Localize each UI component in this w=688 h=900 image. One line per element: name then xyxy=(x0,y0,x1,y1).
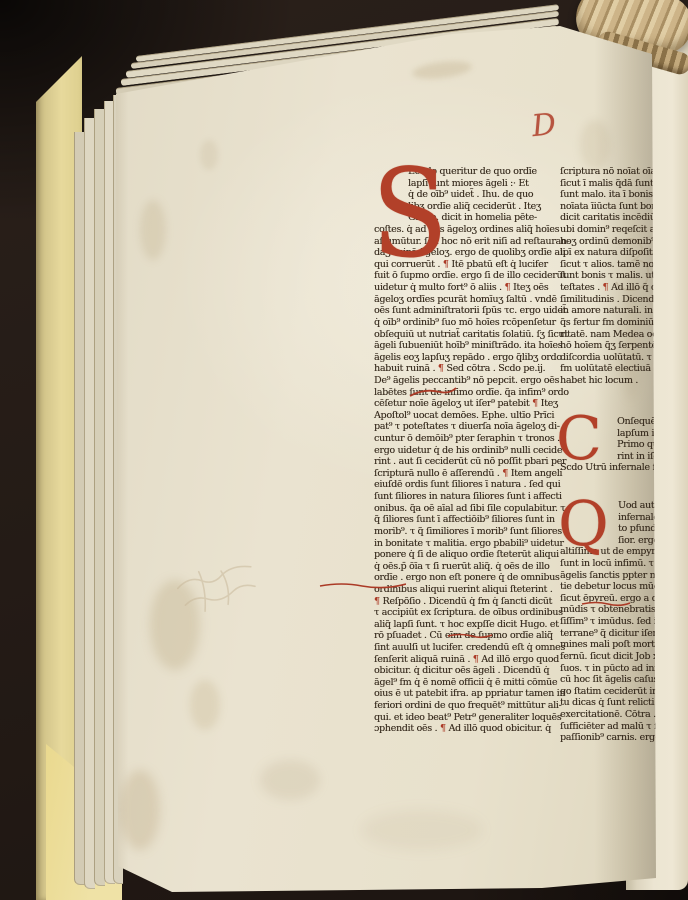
text-line: De⁹ āgelis peccantib⁹ nō pepcit. ergo oē… xyxy=(374,375,578,387)
pilcrow-rubric: ¶ xyxy=(473,654,479,665)
page-stain xyxy=(260,760,320,800)
text-line: cēſetur noīe āgeloʒ ut iſer⁹ patebit ¶ I… xyxy=(374,398,578,410)
page-stain xyxy=(362,810,482,850)
text-line: onibus. q̃a oē aīal ad ſibi ſīle copulab… xyxy=(374,503,578,515)
text-line: ɔphendit oēs . ¶ Ad illō quod obicitur. … xyxy=(374,723,578,735)
pilcrow-rubric: ¶ xyxy=(603,282,609,293)
drop-cap-S: S xyxy=(371,160,448,270)
text-line: āgel⁹ fm q̇ ē nomē officii q̇ ē mitti cō… xyxy=(374,677,578,689)
photo-background: D S Ecūdo quer xyxy=(0,0,688,900)
page-stain xyxy=(120,770,160,850)
text-line: cuntur ō demōib⁹ pter ſeraphin τ tronos … xyxy=(374,433,578,445)
quire-signature-mark: D xyxy=(530,107,558,144)
text-line: āgeloʒ ordīes pcurāt homīuʒ ſaltū . vndē xyxy=(374,294,578,306)
pilcrow-rubric: ¶ xyxy=(502,468,508,479)
text-line: ſcripturā nullo ē aſſerendū . ¶ Item ang… xyxy=(374,468,578,480)
text-line: τ accipiūt ex ſcriptura. de oībus ordini… xyxy=(374,607,578,619)
text-line: aliq̃ lapſi ſunt. τ hoc expſſe dicit Hug… xyxy=(374,619,578,631)
page-stain xyxy=(190,680,220,730)
text-line: q̇ oīb⁹ ordinib⁹ ſuo mō hoīes rcōpenſetu… xyxy=(374,317,578,329)
text-line: Apoſtol⁹ uocat demōes. Ephe. ultīo Prīci xyxy=(374,410,578,422)
text-line: eiuſdē ordis ſunt ſiliores ī natura . ſe… xyxy=(374,479,578,491)
text-line: āgeli ſubueniūt hoīb⁹ miniſtrādo. ita ho… xyxy=(374,340,578,352)
text-line: in bonitate τ malitia. ergo pbabili⁹ uid… xyxy=(374,538,578,550)
text-line: pat⁹ τ poteſtates τ diuerſa noīa āgeloʒ … xyxy=(374,421,578,433)
page-stain xyxy=(580,120,610,170)
drop-cap-C: C xyxy=(556,412,602,466)
text-line: habuit ruinā . ¶ Sed cōtra . Scdo pe.ij. xyxy=(374,363,578,375)
text-line: āgelis eoʒ lapſuʒ repādo . ergo q̃libʒ o… xyxy=(374,352,578,364)
text-line: ponere q̇ ſi de aliquo ordīe ſteterūt al… xyxy=(374,549,578,561)
text-line: ſint auulſi ut lucifer. credendū eſt q̇ … xyxy=(374,642,578,654)
text-line: ſenſerit aliquā ruinā . ¶ Ad illō ergo q… xyxy=(374,654,578,666)
text-line: oēs ſunt adminiſtratorii ſpūs τc. ergo u… xyxy=(374,305,578,317)
book-page: D S Ecūdo quer xyxy=(112,20,660,896)
text-line: morib⁹. τ q̃ ſimiliores ī morib⁹ ſunt ſi… xyxy=(374,526,578,538)
page-stain xyxy=(140,200,166,260)
marginalia-showthrough xyxy=(174,550,264,640)
text-line: q̇ oēs.p̄ ōīa τ ſi ruerūt aliq̃. q̇ oēs … xyxy=(374,561,578,573)
text-line: qui. et ideo beat⁹ Petr⁹ generaliter loq… xyxy=(374,712,578,724)
pilcrow-rubric: ¶ xyxy=(440,723,446,734)
text-line: labētes ſunt de infimo ordīe. q̃a infim⁹… xyxy=(374,387,578,399)
text-line: rō pſuadet . Cū eīm de ſupmo ordīe aliq̃ xyxy=(374,630,578,642)
pilcrow-rubric: ¶ xyxy=(504,282,510,293)
text-line: q̃ ſiliores ſunt ī affectiōib⁹ ſiliores … xyxy=(374,514,578,526)
text-line: ſunt ſiliores in natura ſiliores ſunt i … xyxy=(374,491,578,503)
text-line: ¶ Reſpōſio . Dicendū q̇ fm q̇ ſancti dic… xyxy=(374,596,578,608)
pilcrow-rubric: ¶ xyxy=(438,363,444,374)
text-line: rint . aut ſi ceciderūt cū nō poſſit pba… xyxy=(374,456,578,468)
page-stain xyxy=(411,58,473,81)
page-stain xyxy=(200,140,218,170)
text-line: obſequiū ut nutriat̃ caritatis ſolatiū. … xyxy=(374,329,578,341)
drop-cap-Q: Q xyxy=(558,496,609,552)
text-line: ordīe . ergo non eſt ponere q̇ de omnibu… xyxy=(374,572,578,584)
pilcrow-rubric: ¶ xyxy=(532,398,538,409)
text-line: ergo uidetur q̇ de his ordinib⁹ nulli ce… xyxy=(374,445,578,457)
text-column-left: S Ecūdo queritur de quo ordīelapſi ſunt … xyxy=(374,166,578,735)
text-line: obicitur. q̇ dicitur oēs āgeli . Dicendū… xyxy=(374,665,578,677)
text-line: feriori ordini de quo frequēt⁹ mittūtur … xyxy=(374,700,578,712)
text-line: oius ē ut patebit ifra. ap ppriatur tame… xyxy=(374,688,578,700)
pilcrow-rubric: ¶ xyxy=(374,596,380,607)
text-line: ordinibus aliqui ruerint aliqui ſteterin… xyxy=(374,584,578,596)
